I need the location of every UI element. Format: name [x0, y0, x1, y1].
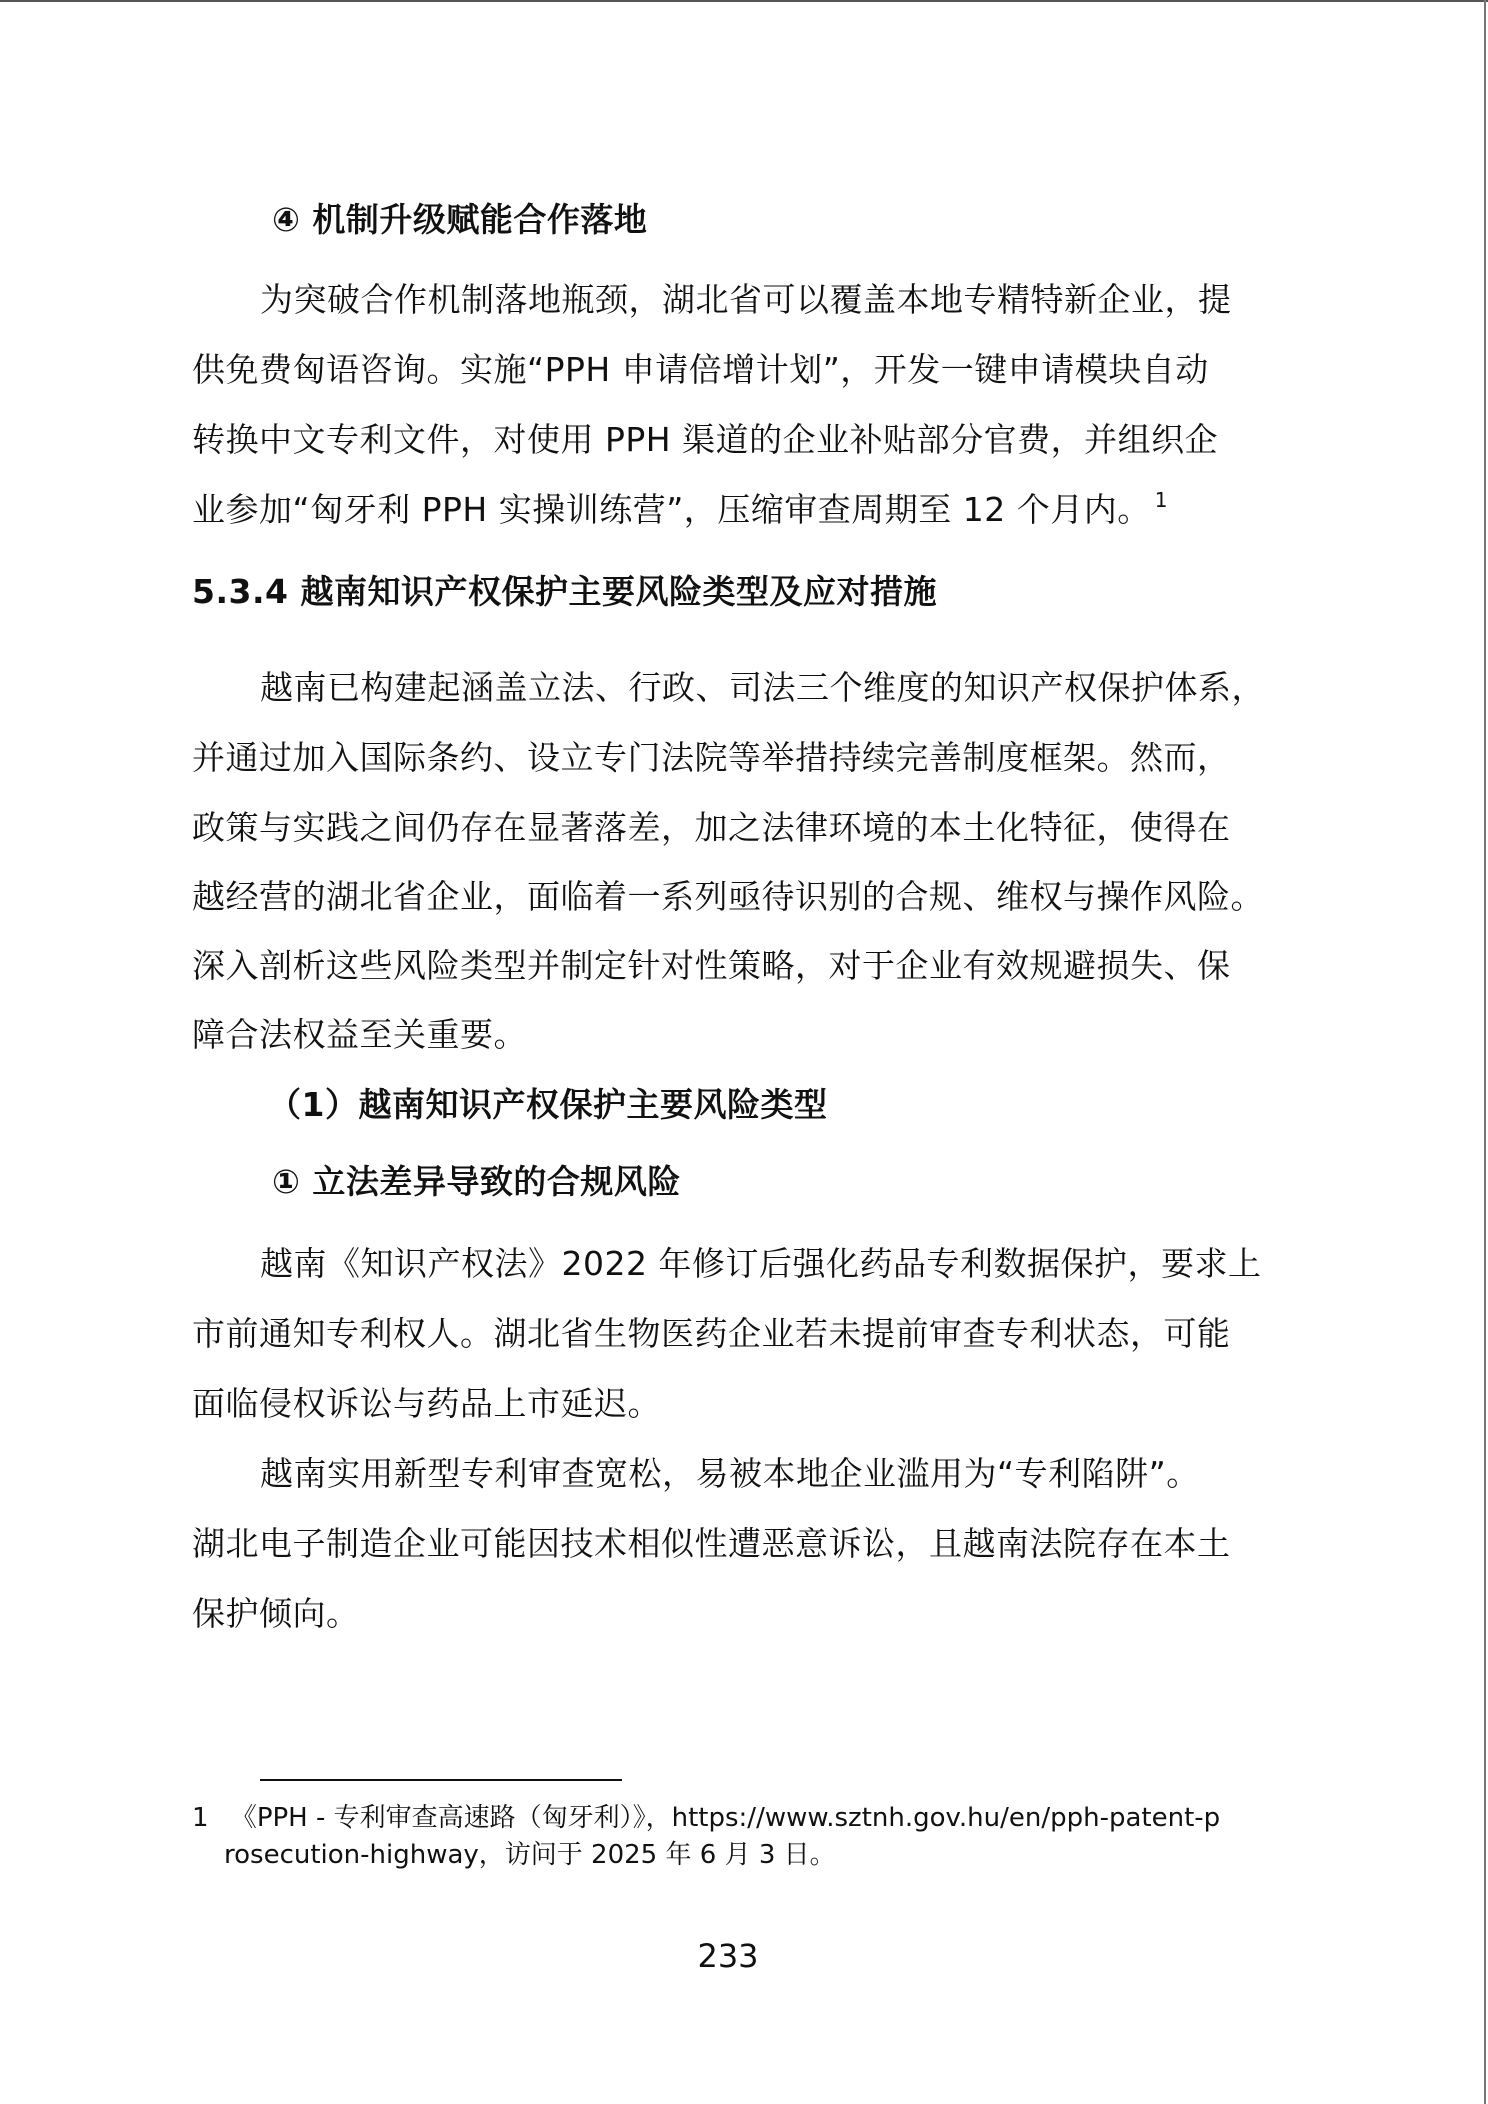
item-heading-1: ① 立法差异导致的合规风险 [272, 1162, 681, 1202]
paragraph-line: 越经营的湖北省企业，面临着一系列亟待识别的合规、维权与操作风险。 [192, 877, 1264, 917]
paragraph-line: 为突破合作机制落地瓶颈，湖北省可以覆盖本地专精特新企业，提 [260, 280, 1232, 320]
paragraph-line: 市前通知专利权人。湖北省生物医药企业若未提前审查专利状态，可能 [192, 1314, 1231, 1354]
paragraph-line: 越南《知识产权法》2022 年修订后强化药品专利数据保护，要求上 [260, 1244, 1261, 1284]
footnote-1: 1 《PPH - 专利审查高速路（匈牙利）》，https://www.sztnh… [192, 1802, 1220, 1834]
paragraph-line: 深入剖析这些风险类型并制定针对性策略，对于企业有效规避损失、保 [192, 946, 1231, 986]
footnote-reference[interactable]: 1 [1155, 488, 1168, 512]
subsection-heading-1: （1）越南知识产权保护主要风险类型 [268, 1085, 827, 1125]
footnote-text-line1[interactable]: 《PPH - 专利审查高速路（匈牙利）》，https://www.sztnh.g… [231, 1803, 1220, 1833]
footnote-number: 1 [192, 1803, 209, 1833]
page-top-border [0, 0, 1488, 2]
paragraph-line: 面临侵权诉讼与药品上市延迟。 [192, 1384, 661, 1424]
footnote-text-line2[interactable]: rosecution-highway，访问于 2025 年 6 月 3 日。 [224, 1839, 836, 1871]
paragraph-line: 越南实用新型专利审查宽松，易被本地企业滥用为“专利陷阱”。 [260, 1454, 1200, 1494]
section-heading-4: ④ 机制升级赋能合作落地 [272, 200, 647, 240]
paragraph-line: 政策与实践之间仍存在显著落差，加之法律环境的本土化特征，使得在 [192, 808, 1231, 848]
paragraph-line: 越南已构建起涵盖立法、行政、司法三个维度的知识产权保护体系， [260, 668, 1265, 708]
paragraph-line: 供免费匈语咨询。实施“PPH 申请倍增计划”，开发一键申请模块自动 [192, 350, 1209, 390]
paragraph-line: 转换中文专利文件，对使用 PPH 渠道的企业补贴部分官费，并组织企 [192, 420, 1218, 460]
footnote-separator [260, 1779, 622, 1781]
paragraph-line-with-footnote: 业参加“匈牙利 PPH 实操训练营”，压缩审查周期至 12 个月内。1 [192, 490, 1168, 534]
paragraph-line: 并通过加入国际条约、设立专门法院等举措持续完善制度框架。然而， [192, 738, 1231, 778]
page-right-border [1484, 0, 1486, 2104]
page-number: 233 [192, 1936, 1264, 1976]
paragraph-line: 湖北电子制造企业可能因技术相似性遭恶意诉讼，且越南法院存在本土 [192, 1524, 1231, 1564]
paragraph-line: 障合法权益至关重要。 [192, 1015, 527, 1055]
paragraph-line-text: 业参加“匈牙利 PPH 实操训练营”，压缩审查周期至 12 个月内。 [192, 490, 1151, 529]
section-heading-5-3-4: 5.3.4 越南知识产权保护主要风险类型及应对措施 [192, 572, 937, 612]
paragraph-line: 保护倾向。 [192, 1594, 360, 1634]
